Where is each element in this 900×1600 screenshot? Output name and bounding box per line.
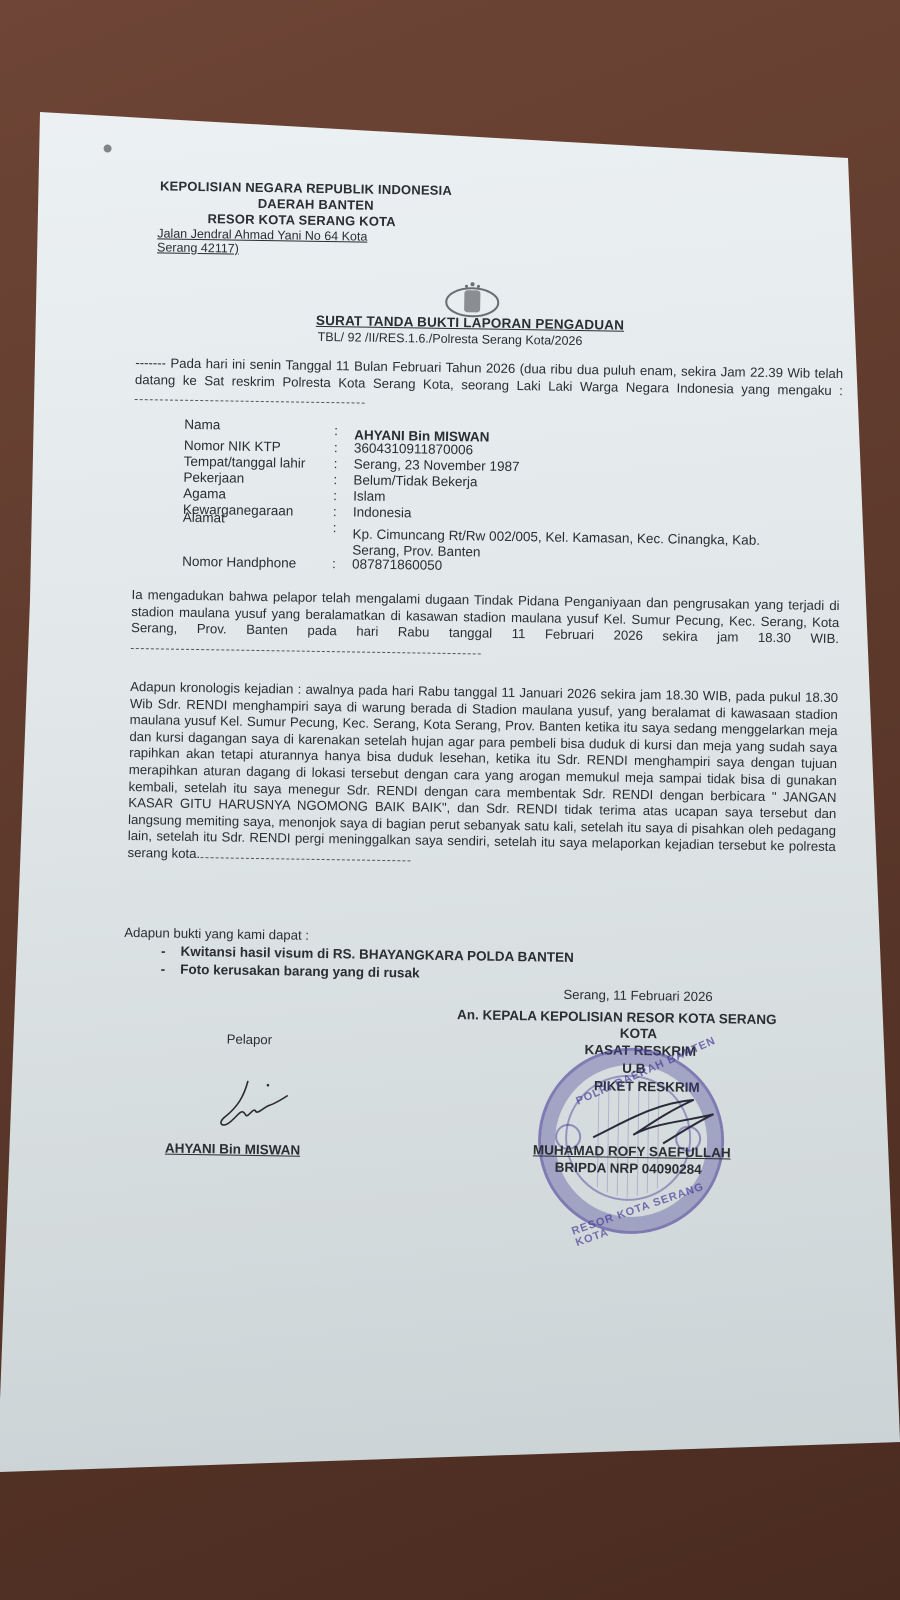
identity-value: Belum/Tidak Bekerja: [353, 472, 477, 489]
letterhead-line2: DAERAH BANTEN: [258, 196, 374, 213]
identity-block: Nama:AHYANI Bin MISWANNomor NIK KTP:3604…: [11, 0, 900, 7]
identity-row: Tempat/tanggal lahir:Serang, 23 November…: [184, 454, 844, 464]
identity-label: Tempat/tanggal lahir: [184, 454, 306, 471]
identity-row: Alamat:Kp. Cimuncang Rt/Rw 002/005, Kel.…: [183, 518, 843, 528]
colon-separator: :: [333, 504, 337, 519]
evidence-item: - Foto kerusakan barang yang di rusak: [161, 961, 420, 980]
official-title-line2: KOTA: [620, 1026, 657, 1042]
identity-value: Indonesia: [353, 504, 412, 520]
identity-label: Alamat: [183, 510, 225, 526]
identity-value: 087871860050: [352, 556, 442, 572]
identity-row: Nama:AHYANI Bin MISWAN: [184, 421, 844, 431]
police-emblem-icon: [444, 278, 501, 319]
complaint-paragraph: Ia mengadukan bahwa pelapor telah mengal…: [131, 587, 840, 664]
colon-separator: :: [334, 423, 338, 438]
identity-value: Serang, 23 November 1987: [354, 456, 520, 474]
official-rank: BRIPDA NRP 04090284: [555, 1160, 702, 1177]
identity-label: Nama: [184, 417, 220, 433]
document-number: TBL/ 92 /II/RES.1.6./Polresta Serang Kot…: [318, 330, 583, 348]
colon-separator: :: [333, 520, 337, 535]
dash-line: [135, 391, 365, 404]
identity-row: Nomor NIK KTP:3604310911870006: [184, 438, 844, 448]
letterhead-line3: RESOR KOTA SERANG KOTA: [207, 211, 396, 229]
chronology-text: Adapun kronologis kejadian : awalnya pad…: [127, 679, 838, 861]
dash-line: [200, 849, 410, 861]
document: KEPOLISIAN NEGARA REPUBLIK INDONESIA DAE…: [0, 0, 900, 1600]
intro-text: ------- Pada hari ini senin Tanggal 11 B…: [135, 355, 843, 398]
complaint-text: Ia mengadukan bahwa pelapor telah mengal…: [131, 587, 840, 646]
identity-row: Kewarganegaraan:Indonesia: [183, 502, 843, 512]
colon-separator: :: [333, 488, 337, 503]
identity-value: 3604310911870006: [354, 440, 473, 457]
staple-mark: [104, 144, 112, 152]
reporter-signature-icon: [215, 1076, 296, 1132]
colon-separator: :: [334, 456, 338, 471]
letterhead-address2: Serang 42117): [157, 240, 239, 255]
official-title-line1: An. KEPALA KEPOLISIAN RESOR KOTA SERANG: [457, 1007, 777, 1027]
intro-paragraph: ------- Pada hari ini senin Tanggal 11 B…: [135, 355, 844, 416]
reporter-label: Pelapor: [227, 1032, 273, 1049]
identity-label: Agama: [183, 486, 226, 502]
identity-value: Islam: [353, 488, 385, 504]
colon-separator: :: [333, 472, 337, 487]
identity-row: Nomor Handphone:087871860050: [182, 554, 842, 564]
place-date: Serang, 11 Februari 2026: [563, 987, 713, 1006]
official-name: MUHAMAD ROFY SAEFULLAH: [533, 1142, 731, 1160]
colon-separator: :: [334, 440, 338, 455]
evidence-item-text: Foto kerusakan barang yang di rusak: [180, 962, 420, 981]
reporter-name: AHYANI Bin MISWAN: [165, 1141, 300, 1158]
letterhead-line1: KEPOLISIAN NEGARA REPUBLIK INDONESIA: [160, 178, 452, 198]
identity-row: Agama:Islam: [183, 486, 843, 496]
identity-label: Nomor NIK KTP: [184, 438, 281, 455]
evidence-heading: Adapun bukti yang kami dapat :: [124, 925, 309, 944]
colon-separator: :: [332, 556, 336, 571]
dash-line: [131, 640, 481, 654]
chronology-paragraph: Adapun kronologis kejadian : awalnya pad…: [127, 679, 838, 873]
identity-label: Nomor Handphone: [182, 554, 296, 571]
identity-label: Pekerjaan: [183, 470, 244, 486]
